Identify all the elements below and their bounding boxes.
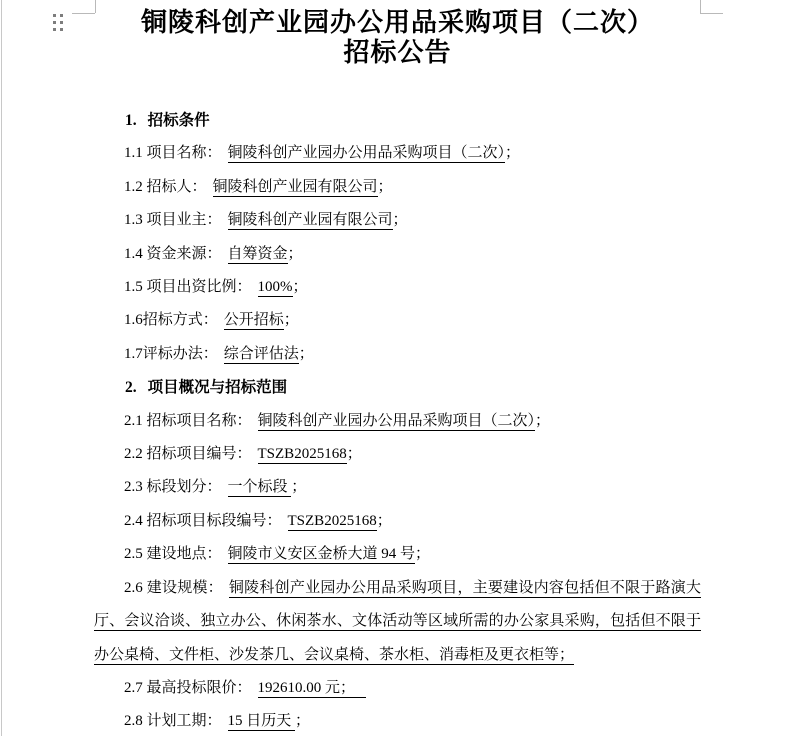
document-body: 铜陵科创产业园办公用品采购项目（二次） 招标公告 1.招标条件 1.1 项目名称… (94, 0, 701, 736)
clause-label: 2.2 招标项目编号： (124, 446, 252, 462)
clause-label: 2.7 最高投标限价： (124, 680, 252, 696)
clause-label: 2.5 建设地点： (124, 546, 222, 562)
clause-label: 2.3 标段划分： (124, 479, 222, 495)
clause-value: TSZB2025168 (258, 446, 347, 464)
clause-line-2-2: 2.2 招标项目编号：TSZB2025168； (94, 438, 701, 471)
clause-suffix: ； (299, 346, 314, 362)
clause-value: 铜陵市义安区金桥大道 94 号 (228, 546, 416, 564)
clause-line-1-3: 1.3 项目业主：铜陵科创产业园有限公司； (94, 204, 701, 237)
clause-label: 2.1 招标项目名称： (124, 413, 252, 429)
clause-line-1-6: 1.6招标方式：公开招标； (94, 304, 701, 337)
clause-value: 铜陵科创产业园办公用品采购项目（二次） (228, 145, 506, 163)
clause-line-2-7: 2.7 最高投标限价：192610.00 元； (94, 672, 701, 705)
clause-line-2-3: 2.3 标段划分：一个标段 ； (94, 471, 701, 504)
clause-line-1-4: 1.4 资金来源：自筹资金； (94, 238, 701, 271)
drag-handle-dots (53, 14, 56, 17)
clause-value: 自筹资金 (228, 246, 288, 264)
clause-line-1-2: 1.2 招标人：铜陵科创产业园有限公司； (94, 171, 701, 204)
clause-suffix: ； (393, 212, 408, 228)
clause-label: 2.4 招标项目标段编号： (124, 513, 282, 529)
clause-label: 1.4 资金来源： (124, 246, 222, 262)
clause-value: 铜陵科创产业园办公用品采购项目（二次） (258, 413, 536, 431)
clause-label: 2.6 建设规模： (124, 580, 223, 596)
clause-line-2-1: 2.1 招标项目名称：铜陵科创产业园办公用品采购项目（二次）； (94, 405, 701, 438)
section-number: 1. (125, 112, 137, 129)
clause-suffix: ； (378, 179, 393, 195)
clause-suffix: ； (291, 479, 306, 495)
clause-label: 2.8 计划工期： (124, 713, 222, 729)
margin-crop-mark-top-right (700, 13, 723, 14)
document-title: 铜陵科创产业园办公用品采购项目（二次） 招标公告 (94, 8, 701, 68)
document-content: 1.招标条件 1.1 项目名称：铜陵科创产业园办公用品采购项目（二次）； 1.2… (94, 104, 701, 736)
clause-value: 一个标段 (228, 479, 292, 497)
clause-line-2-5: 2.5 建设地点：铜陵市义安区金桥大道 94 号； (94, 538, 701, 571)
clause-suffix: ； (284, 312, 299, 328)
clause-label: 1.2 招标人： (124, 179, 207, 195)
clause-value: 15 日历天 (228, 713, 296, 731)
document-title-line1: 铜陵科创产业园办公用品采购项目（二次） (94, 8, 701, 38)
clause-value: TSZB2025168 (288, 513, 377, 531)
clause-value: 铜陵科创产业园有限公司 (228, 212, 393, 230)
clause-suffix: ； (415, 546, 430, 562)
clause-line-1-7: 1.7评标办法：综合评估法； (94, 338, 701, 371)
clause-line-2-6: 2.6 建设规模：铜陵科创产业园办公用品采购项目，主要建设内容包括但不限于路演大… (94, 572, 701, 672)
drag-handle-icon[interactable] (53, 14, 65, 34)
clause-suffix: ； (288, 246, 303, 262)
section-heading-1: 1.招标条件 (94, 104, 701, 137)
clause-value: 192610.00 元； (258, 680, 367, 698)
page-left-edge (1, 0, 2, 736)
clause-suffix: ； (347, 446, 362, 462)
clause-label: 1.5 项目出资比例： (124, 279, 252, 295)
document-title-line2: 招标公告 (94, 38, 701, 68)
clause-label: 1.6招标方式： (124, 312, 218, 328)
clause-line-2-8: 2.8 计划工期：15 日历天 ； (94, 705, 701, 736)
margin-crop-mark-top-left (72, 13, 95, 14)
section-heading-text: 项目概况与招标范围 (148, 379, 288, 396)
clause-label: 1.3 项目业主： (124, 212, 222, 228)
clause-line-2-4: 2.4 招标项目标段编号：TSZB2025168； (94, 505, 701, 538)
section-heading-2: 2.项目概况与招标范围 (94, 371, 701, 404)
clause-line-1-5: 1.5 项目出资比例：100%； (94, 271, 701, 304)
clause-line-1-1: 1.1 项目名称：铜陵科创产业园办公用品采购项目（二次）； (94, 137, 701, 170)
clause-label: 1.1 项目名称： (124, 145, 222, 161)
clause-value: 100% (258, 279, 293, 297)
clause-label: 1.7评标办法： (124, 346, 218, 362)
clause-suffix: ； (293, 279, 308, 295)
clause-suffix: ； (535, 413, 550, 429)
clause-value: 铜陵科创产业园有限公司 (213, 179, 378, 197)
clause-suffix: ； (295, 713, 310, 729)
clause-value: 公开招标 (224, 312, 284, 330)
clause-value: 综合评估法 (224, 346, 299, 364)
section-number: 2. (125, 379, 137, 396)
section-heading-text: 招标条件 (148, 112, 210, 129)
clause-suffix: ； (505, 145, 520, 161)
clause-suffix: ； (377, 513, 392, 529)
